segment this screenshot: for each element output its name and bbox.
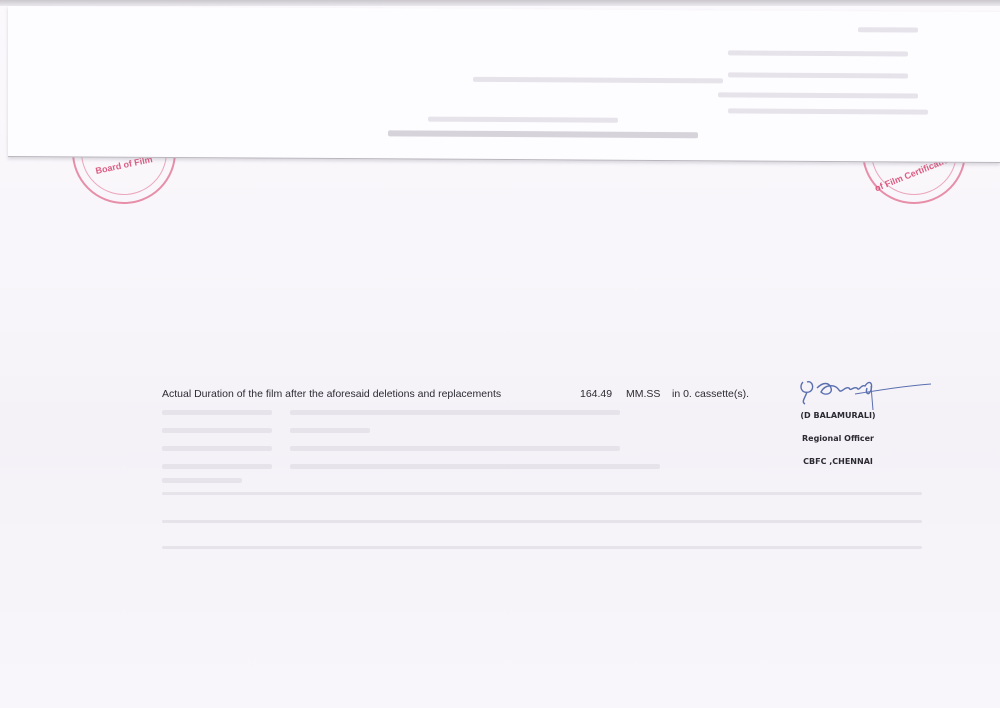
show-through-text (718, 92, 918, 98)
show-through-text (162, 428, 272, 433)
signatory-name: (D BALAMURALI) (790, 412, 886, 420)
show-through-table-rule (162, 546, 922, 549)
show-through-text (728, 72, 908, 78)
show-through-text (290, 464, 660, 469)
document-page: Board of Film of Film Certification Actu… (0, 0, 1000, 708)
show-through-text (728, 108, 928, 114)
show-through-text (473, 77, 723, 84)
show-through-text (728, 50, 908, 56)
show-through-text (290, 446, 620, 451)
handwritten-signature-icon (795, 372, 935, 410)
show-through-text (162, 446, 272, 451)
show-through-text (162, 478, 242, 483)
duration-unit: MM.SS (626, 388, 660, 400)
show-through-text (162, 464, 272, 469)
duration-line: Actual Duration of the film after the af… (162, 388, 501, 400)
signatory-block: (D BALAMURALI) Regional Officer CBFC ,CH… (790, 412, 886, 481)
show-through-text (290, 410, 620, 415)
show-through-table-rule (162, 492, 922, 495)
page-top-edge (0, 0, 1000, 6)
duration-value: 164.49 (580, 388, 612, 400)
show-through-text (858, 27, 918, 32)
show-through-text (162, 410, 272, 415)
folded-flap (8, 6, 1000, 163)
signatory-designation: Regional Officer (790, 435, 886, 443)
show-through-text (388, 130, 698, 138)
cassette-count: in 0. cassette(s). (672, 388, 749, 400)
signatory-office: CBFC ,CHENNAI (790, 458, 886, 466)
duration-label: Actual Duration of the film after the af… (162, 388, 501, 400)
show-through-text (290, 428, 370, 433)
show-through-table-rule (162, 520, 922, 523)
show-through-text (428, 117, 618, 123)
